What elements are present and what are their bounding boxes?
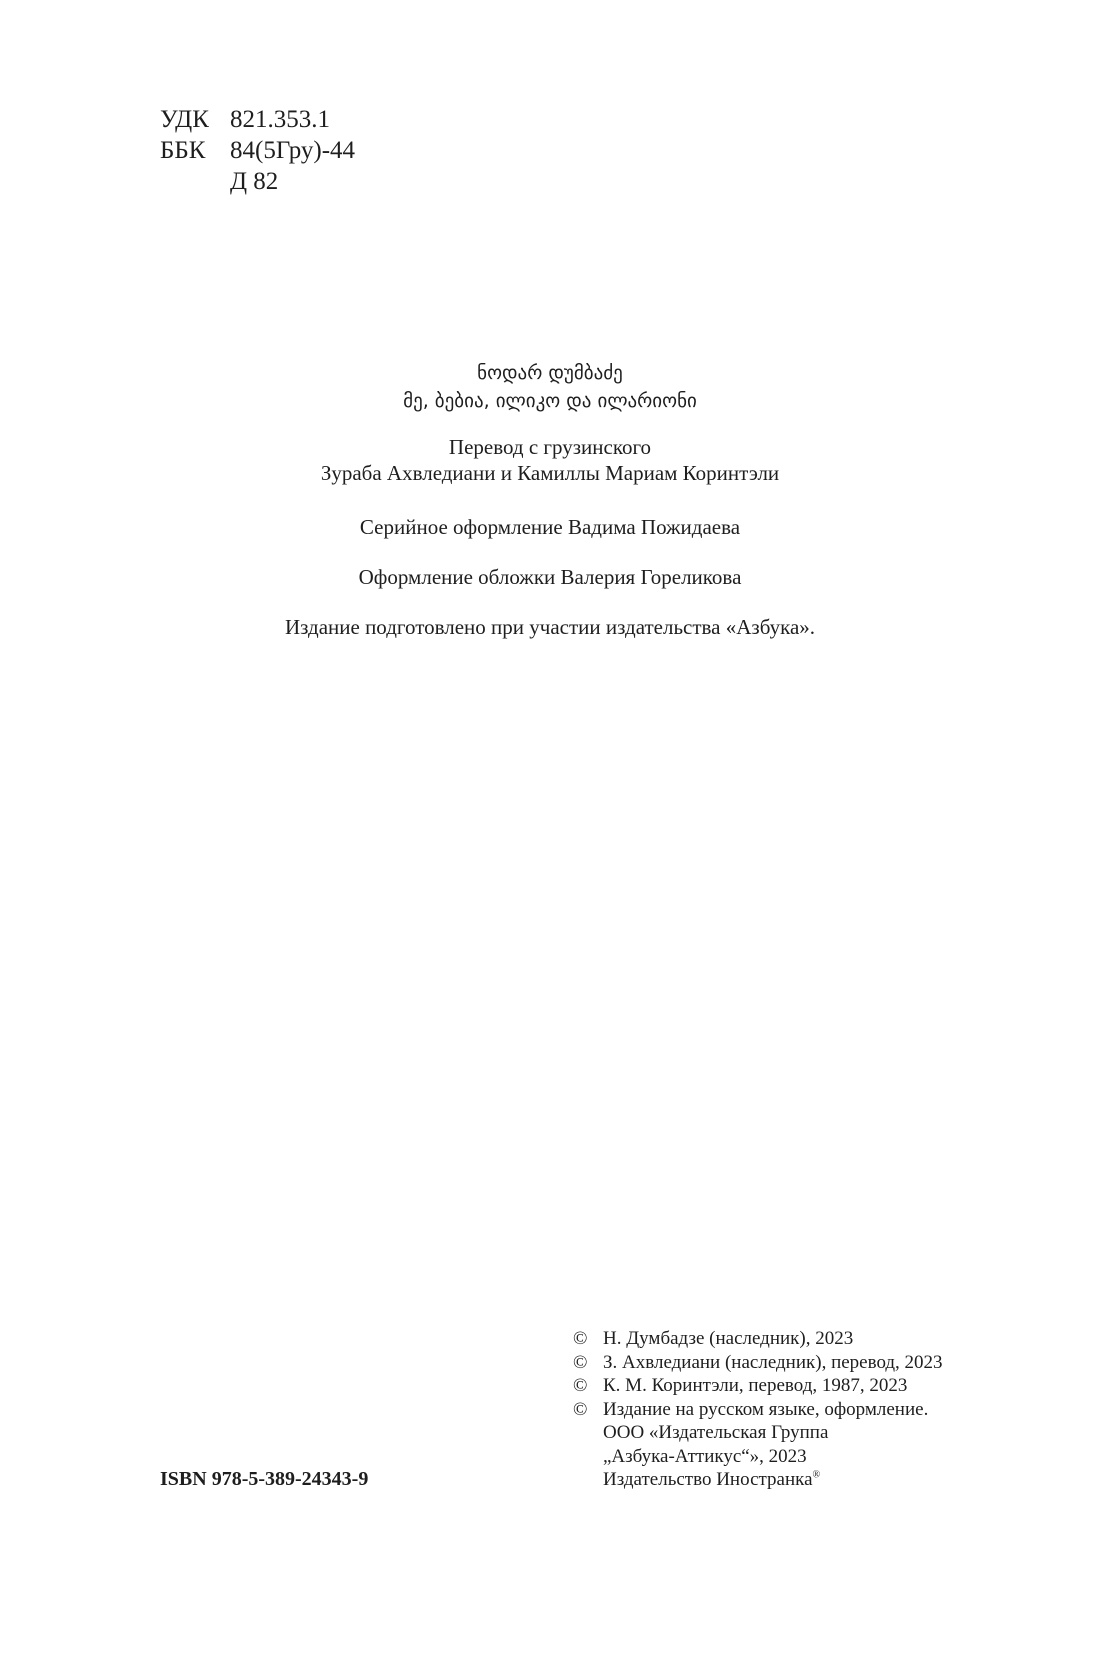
copyright-item: © Н. Думбадзе (наследник), 2023 xyxy=(573,1327,943,1351)
original-author: ნოდარ დუმბაძე xyxy=(0,359,1100,387)
copyright-item: © Издание на русском языке, оформление. xyxy=(573,1398,943,1422)
bbk-label: ББК xyxy=(160,135,230,166)
isbn: ISBN 978-5-389-24343-9 xyxy=(160,1468,368,1491)
series-design-credit: Серийное оформление Вадима Пожидаева xyxy=(0,514,1100,540)
copyright-icon: © xyxy=(573,1351,603,1375)
copyright-icon: © xyxy=(573,1374,603,1398)
bbk-row: ББК 84(5Гру)-44 xyxy=(160,135,355,166)
translation-line-2: Зураба Ахвледиани и Камиллы Мариам Корин… xyxy=(0,460,1100,486)
copyright-item: © К. М. Коринтэли, перевод, 1987, 2023 xyxy=(573,1374,943,1398)
author-mark-row: Д 82 xyxy=(160,166,355,197)
original-title-block: ნოდარ დუმბაძე მე, ბებია, ილიკო და ილარიო… xyxy=(0,359,1100,415)
translation-credit: Перевод с грузинского Зураба Ахвледиани … xyxy=(0,434,1100,486)
udk-label: УДК xyxy=(160,104,230,135)
publisher-imprint: Издательство Иностранка® xyxy=(573,1468,943,1492)
publisher-line: „Азбука-Аттикус“», 2023 xyxy=(573,1445,943,1469)
registered-mark-icon: ® xyxy=(813,1470,821,1481)
translation-line-1: Перевод с грузинского xyxy=(0,434,1100,460)
copyright-icon: © xyxy=(573,1327,603,1351)
original-title: მე, ბებია, ილიკო და ილარიონი xyxy=(0,387,1100,415)
udk-row: УДК 821.353.1 xyxy=(160,104,355,135)
publisher-line: ООО «Издательская Группа xyxy=(573,1421,943,1445)
bbk-value: 84(5Гру)-44 xyxy=(230,135,355,166)
copyright-item: © З. Ахвледиани (наследник), перевод, 20… xyxy=(573,1351,943,1375)
author-mark: Д 82 xyxy=(230,166,278,197)
copyright-icon: © xyxy=(573,1398,603,1422)
cover-design-credit: Оформление обложки Валерия Гореликова xyxy=(0,564,1100,590)
udk-value: 821.353.1 xyxy=(230,104,330,135)
copyright-block: © Н. Думбадзе (наследник), 2023 © З. Ахв… xyxy=(573,1327,943,1492)
prepared-note: Издание подготовлено при участии издател… xyxy=(0,614,1100,640)
classification-block: УДК 821.353.1 ББК 84(5Гру)-44 Д 82 xyxy=(160,104,355,197)
